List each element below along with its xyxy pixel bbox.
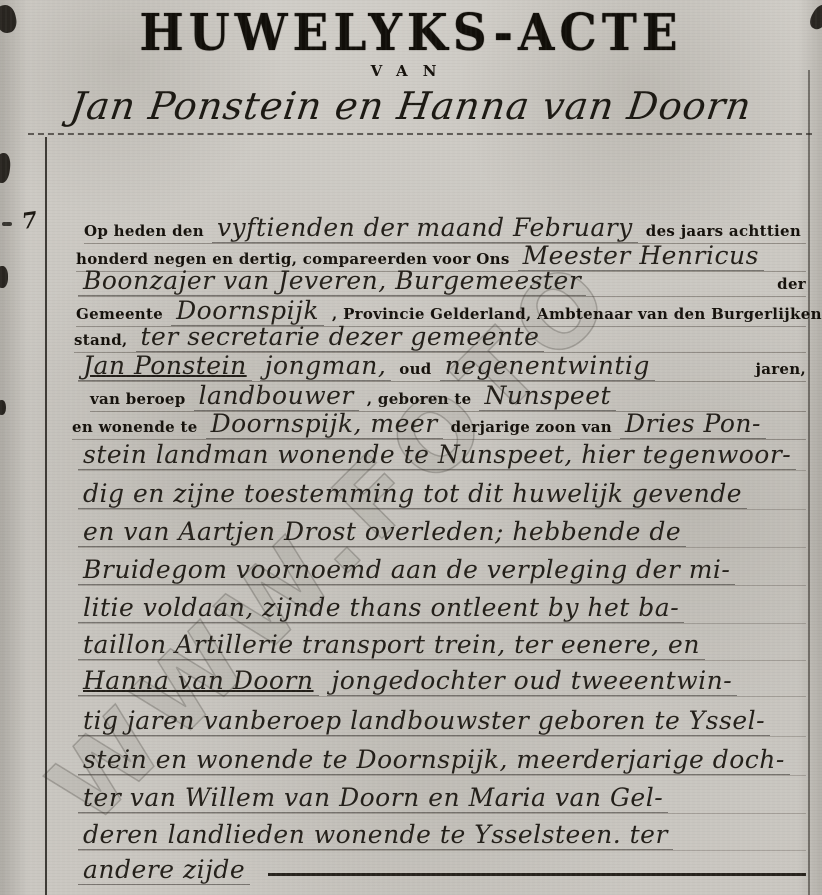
handwritten-text: tig jaren vanberoep landbouwster geboren… [78,706,770,736]
handwritten-text: negenentwintig [440,351,655,381]
document-line: Bruidegom voornoemd aan de verpleging de… [78,555,806,586]
handwritten-text: ter van Willem van Doorn en Maria van Ge… [78,783,668,813]
handwritten-text: ter secretarie dezer gemeente [136,322,545,352]
document-body: Op heden denvyftienden der maand Februar… [60,0,808,895]
handwritten-text: andere zijde [78,855,250,885]
printed-text: oud [399,360,431,378]
handwritten-text: Nunspeet [479,381,616,411]
document-line: dig en zijne toestemming tot dit huwelij… [78,479,806,510]
document-line: en wonende teDoornspijk, meerderjarige z… [72,409,806,440]
handwritten-text: Bruidegom voornoemd aan de verpleging de… [78,555,735,585]
printed-text: des jaars achttien [646,222,801,240]
handwritten-text: Jan Ponstein [78,351,252,381]
printed-text: stand, [74,331,128,349]
handwritten-text: taillon Artillerie transport trein, ter … [78,630,705,660]
document-line: taillon Artillerie transport trein, ter … [78,630,806,661]
printed-text: jaren, [755,360,806,378]
document-line: en van Aartjen Drost overleden; hebbende… [78,517,806,548]
left-border-line [45,137,47,895]
printed-text: der [777,275,806,293]
document-line: ter van Willem van Doorn en Maria van Ge… [78,783,806,814]
handwritten-text: dig en zijne toestemming tot dit huwelij… [78,479,747,509]
handwritten-text: Dries Pon- [620,409,766,439]
document-line: andere zijde [78,855,806,885]
printed-text: Gemeente [76,305,163,323]
handwritten-text: litie voldaan, zijnde thans ontleent by … [78,593,684,623]
handwritten-text: en van Aartjen Drost overleden; hebbende… [78,517,686,547]
margin-number: 7 [20,207,39,235]
document-line: Op heden denvyftienden der maand Februar… [84,213,806,244]
ink-smudge [0,152,12,183]
document-line: stand,ter secretarie dezer gemeente [74,322,806,353]
handwritten-text: jongman, [260,351,392,381]
document-line: deren landlieden wonende te Ysselsteen. … [78,820,806,851]
printed-text: en wonende te [72,418,198,436]
document-line: Hanna van Doornjongedochter oud tweeentw… [78,666,806,697]
handwritten-text: vyftienden der maand February [212,213,638,243]
ink-smudge [0,266,8,288]
document-line: tig jaren vanberoep landbouwster geboren… [78,706,806,737]
document-line: litie voldaan, zijnde thans ontleent by … [78,593,806,624]
handwritten-text: Doornspijk, meer [206,409,443,439]
document-line: stein en wonende te Doornspijk, meerderj… [78,745,806,776]
handwritten-text: Hanna van Doorn [78,666,319,696]
handwritten-text: Boonzajer van Jeveren, Burgemeester [78,266,586,296]
printed-text: derjarige zoon van [451,418,612,436]
document-line: Boonzajer van Jeveren, Burgemeesterder [78,266,806,297]
handwritten-text: landbouwer [194,381,359,411]
handwritten-text: stein landman wonende te Nunspeet, hier … [78,440,796,470]
document-line: van beroeplandbouwer, geboren teNunspeet [90,381,806,412]
ink-smudge [0,400,6,415]
handwritten-text: deren landlieden wonende te Ysselsteen. … [78,820,673,850]
printed-text: van beroep [90,390,186,408]
handwritten-text: jongedochter oud tweeentwin- [327,666,738,696]
handwritten-text: stein en wonende te Doornspijk, meerderj… [78,745,790,775]
right-border-line [808,70,810,895]
document-line: Jan Ponsteinjongman,oudnegenentwintigjar… [78,351,806,382]
filler-rule [268,873,806,876]
document-line: stein landman wonende te Nunspeet, hier … [78,440,806,471]
printed-text: Op heden den [84,222,204,240]
document-page: WWW.FOTO HUWELYKS-ACTE VAN Jan Ponstein … [0,0,822,895]
ink-dot [2,222,12,226]
printed-text: , Provincie Gelderland, Ambtenaar van de… [332,305,822,323]
printed-text: , geboren te [367,390,472,408]
